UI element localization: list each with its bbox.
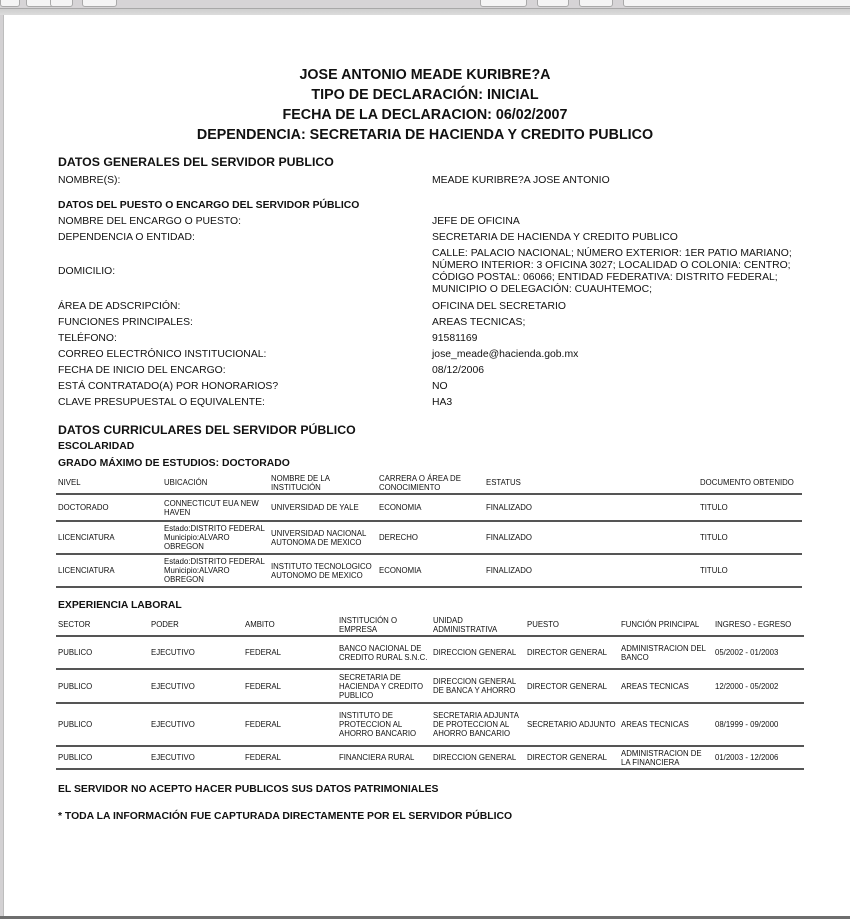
column-header: INGRESO - EGRESO [713, 614, 804, 636]
table-header-row: SECTORPODERAMBITOINSTITUCIÓN O EMPRESAUN… [56, 614, 804, 636]
domicilio-line: CALLE: PALACIO NACIONAL; NÚMERO EXTERIOR… [432, 248, 792, 260]
table-cell: FINANCIERA RURAL [337, 746, 431, 769]
declaration-type: TIPO DE DECLARACIÓN: INICIAL [0, 85, 850, 105]
toolbar-button[interactable] [537, 0, 569, 7]
table-cell: UNIVERSIDAD NACIONAL AUTONOMA DE MEXICO [269, 521, 377, 554]
table-cell: LICENCIATURA [56, 521, 162, 554]
field-label: TELÉFONO: [58, 333, 117, 344]
table-cell: INSTITUTO DE PROTECCION AL AHORRO BANCAR… [337, 703, 431, 746]
domicilio-line: NÚMERO INTERIOR: 3 OFICINA 3027; LOCALID… [432, 260, 791, 272]
field-label: NOMBRE DEL ENCARGO O PUESTO: [58, 216, 241, 227]
table-cell: SECRETARIO ADJUNTO [525, 703, 619, 746]
table-cell: PUBLICO [56, 703, 149, 746]
table-cell: UNIVERSIDAD DE YALE [269, 494, 377, 521]
column-header: NOMBRE DE LA INSTITUCIÓN [269, 472, 377, 494]
table-cell: FEDERAL [243, 669, 337, 703]
table-cell: Estado:DISTRITO FEDERAL Municipio:ALVARO… [162, 521, 269, 554]
field-label: FUNCIONES PRINCIPALES: [58, 317, 193, 328]
table-cell: DIRECCION GENERAL DE BANCA Y AHORRO [431, 669, 525, 703]
table-cell: 12/2000 - 05/2002 [713, 669, 804, 703]
table-row: PUBLICOEJECUTIVOFEDERALFINANCIERA RURALD… [56, 746, 804, 769]
table-cell: ADMINISTRACION DEL BANCO [619, 636, 713, 669]
declarant-name: JOSE ANTONIO MEADE KURIBRE?A [0, 65, 850, 85]
toolbar-button[interactable] [0, 0, 20, 7]
table-cell: BANCO NACIONAL DE CREDITO RURAL S.N.C. [337, 636, 431, 669]
table-cell: SECRETARIA DE HACIENDA Y CREDITO PUBLICO [337, 669, 431, 703]
table-cell: AREAS TECNICAS [619, 703, 713, 746]
escolaridad-heading: ESCOLARIDAD [58, 441, 134, 452]
table-cell: ECONOMIA [377, 494, 484, 521]
field-label: CORREO ELECTRÓNICO INSTITUCIONAL: [58, 349, 266, 360]
column-header: PUESTO [525, 614, 619, 636]
email-value: jose_meade@hacienda.gob.mx [432, 349, 578, 361]
table-cell: INSTITUTO TECNOLOGICO AUTONOMO DE MEXICO [269, 554, 377, 587]
table-row: LICENCIATURAEstado:DISTRITO FEDERAL Muni… [56, 554, 802, 587]
table-cell: DIRECTOR GENERAL [525, 746, 619, 769]
table-cell: CONNECTICUT EUA NEW HAVEN [162, 494, 269, 521]
column-header: ESTATUS [484, 472, 698, 494]
field-value: JEFE DE OFICINA [432, 216, 520, 228]
table-cell: 01/2003 - 12/2006 [713, 746, 804, 769]
column-header: INSTITUCIÓN O EMPRESA [337, 614, 431, 636]
table-cell: FEDERAL [243, 703, 337, 746]
table-header-row: NIVELUBICACIÓNNOMBRE DE LA INSTITUCIÓNCA… [56, 472, 802, 494]
table-cell: AREAS TECNICAS [619, 669, 713, 703]
table-cell: TITULO [698, 521, 802, 554]
table-cell: FINALIZADO [484, 554, 698, 587]
table-cell: ADMINISTRACION DE LA FINANCIERA [619, 746, 713, 769]
table-cell: DIRECTOR GENERAL [525, 669, 619, 703]
column-header: PODER [149, 614, 243, 636]
field-label: FECHA DE INICIO DEL ENCARGO: [58, 365, 226, 376]
nombre-label: NOMBRE(S): [58, 175, 120, 186]
table-cell: Estado:DISTRITO FEDERAL Municipio:ALVARO… [162, 554, 269, 587]
patrimonial-notice: EL SERVIDOR NO ACEPTO HACER PUBLICOS SUS… [58, 784, 438, 795]
toolbar-button[interactable] [82, 0, 117, 7]
column-header: SECTOR [56, 614, 149, 636]
table-cell: FEDERAL [243, 746, 337, 769]
table-cell: EJECUTIVO [149, 703, 243, 746]
table-row: PUBLICOEJECUTIVOFEDERALINSTITUTO DE PROT… [56, 703, 804, 746]
toolbar-button[interactable] [480, 0, 527, 7]
table-row: PUBLICOEJECUTIVOFEDERALBANCO NACIONAL DE… [56, 636, 804, 669]
column-header: DOCUMENTO OBTENIDO [698, 472, 802, 494]
grado-maximo: GRADO MÁXIMO DE ESTUDIOS: DOCTORADO [58, 458, 290, 469]
toolbar-button[interactable] [50, 0, 73, 7]
table-cell: EJECUTIVO [149, 746, 243, 769]
column-header: CARRERA O ÁREA DE CONOCIMIENTO [377, 472, 484, 494]
toolbar-button[interactable] [579, 0, 613, 7]
table-cell: EJECUTIVO [149, 669, 243, 703]
table-cell: DIRECCION GENERAL [431, 746, 525, 769]
search-field[interactable] [623, 0, 850, 7]
table-cell: LICENCIATURA [56, 554, 162, 587]
declaration-dependency: DEPENDENCIA: SECRETARIA DE HACIENDA Y CR… [0, 125, 850, 145]
table-cell: TITULO [698, 554, 802, 587]
field-value: NO [432, 381, 448, 393]
field-value: 91581169 [432, 333, 477, 345]
table-cell: DIRECCION GENERAL [431, 636, 525, 669]
table-cell: DIRECTOR GENERAL [525, 636, 619, 669]
column-header: UBICACIÓN [162, 472, 269, 494]
table-cell: FINALIZADO [484, 494, 698, 521]
section-puesto: DATOS DEL PUESTO O ENCARGO DEL SERVIDOR … [58, 200, 359, 211]
field-label: DOMICILIO: [58, 266, 115, 277]
table-cell: DOCTORADO [56, 494, 162, 521]
table-cell: 05/2002 - 01/2003 [713, 636, 804, 669]
field-value: 08/12/2006 [432, 365, 484, 377]
field-label: ÁREA DE ADSCRIPCIÓN: [58, 301, 180, 312]
experience-table: SECTORPODERAMBITOINSTITUCIÓN O EMPRESAUN… [56, 614, 804, 770]
table-cell: PUBLICO [56, 746, 149, 769]
table-cell: DERECHO [377, 521, 484, 554]
declaration-date: FECHA DE LA DECLARACION: 06/02/2007 [0, 105, 850, 125]
domicilio-line: CÓDIGO POSTAL: 06066; ENTIDAD FEDERATIVA… [432, 272, 778, 284]
viewer-toolbar [0, 0, 850, 9]
column-header: AMBITO [243, 614, 337, 636]
table-cell: FEDERAL [243, 636, 337, 669]
table-row: PUBLICOEJECUTIVOFEDERALSECRETARIA DE HAC… [56, 669, 804, 703]
column-header: NIVEL [56, 472, 162, 494]
field-value: HA3 [432, 397, 452, 409]
capture-note: * TODA LA INFORMACIÓN FUE CAPTURADA DIRE… [58, 811, 512, 822]
field-value: SECRETARIA DE HACIENDA Y CREDITO PUBLICO [432, 232, 678, 244]
column-header: FUNCIÓN PRINCIPAL [619, 614, 713, 636]
table-cell: PUBLICO [56, 636, 149, 669]
table-cell: EJECUTIVO [149, 636, 243, 669]
field-label: DEPENDENCIA O ENTIDAD: [58, 232, 195, 243]
section-datos-generales: DATOS GENERALES DEL SERVIDOR PUBLICO [58, 155, 334, 169]
table-row: LICENCIATURAEstado:DISTRITO FEDERAL Muni… [56, 521, 802, 554]
table-cell: 08/1999 - 09/2000 [713, 703, 804, 746]
table-cell: FINALIZADO [484, 521, 698, 554]
column-header: UNIDAD ADMINISTRATIVA [431, 614, 525, 636]
nombre-value: MEADE KURIBRE?A JOSE ANTONIO [432, 175, 610, 187]
education-table: NIVELUBICACIÓNNOMBRE DE LA INSTITUCIÓNCA… [56, 472, 802, 588]
section-curriculares: DATOS CURRICULARES DEL SERVIDOR PÚBLICO [58, 423, 356, 437]
table-cell: TITULO [698, 494, 802, 521]
domicilio-line: MUNICIPIO O DELEGACIÓN: CUAUHTEMOC; [432, 284, 652, 296]
field-value: AREAS TECNICAS; [432, 317, 525, 329]
table-cell: PUBLICO [56, 669, 149, 703]
field-label: CLAVE PRESUPUESTAL O EQUIVALENTE: [58, 397, 265, 408]
table-cell: SECRETARIA ADJUNTA DE PROTECCION AL AHOR… [431, 703, 525, 746]
field-value: OFICINA DEL SECRETARIO [432, 301, 566, 313]
field-label: ESTÁ CONTRATADO(A) POR HONORARIOS? [58, 381, 278, 392]
table-row: DOCTORADOCONNECTICUT EUA NEW HAVENUNIVER… [56, 494, 802, 521]
table-cell: ECONOMIA [377, 554, 484, 587]
section-experiencia: EXPERIENCIA LABORAL [58, 600, 182, 611]
